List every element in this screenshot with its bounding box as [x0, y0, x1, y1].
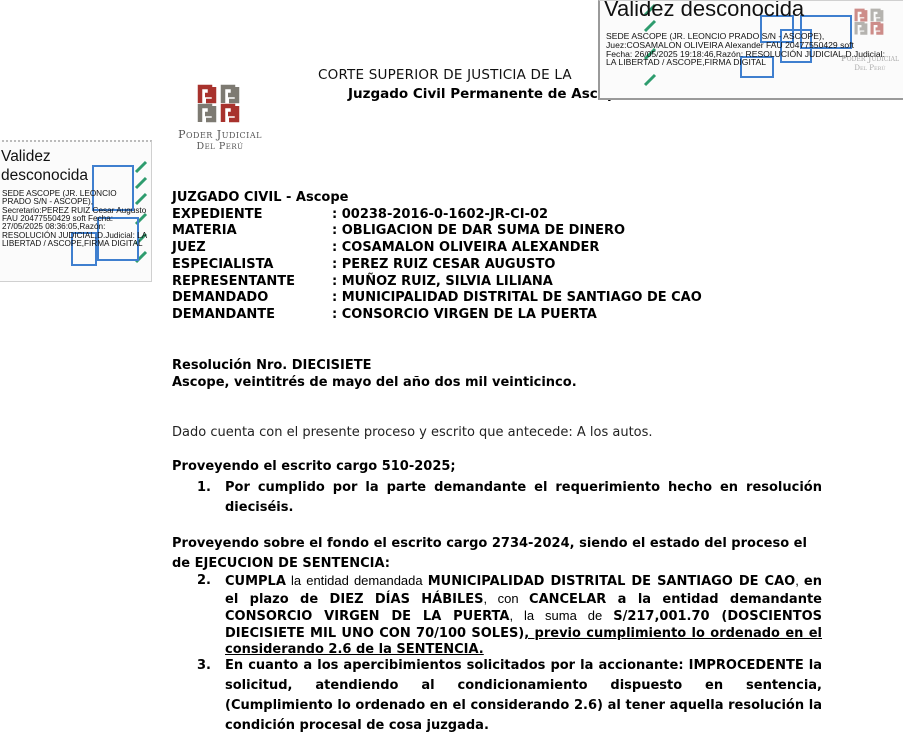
- item-text: CUMPLA la entidad demandada MUNICIPALIDA…: [225, 573, 822, 659]
- field-label: REPRESENTANTE: [172, 274, 332, 291]
- validity-status: Validez desconocida: [604, 0, 804, 20]
- item-number: 3.: [197, 656, 211, 676]
- case-row-juez: JUEZ : COSAMALON OLIVEIRA ALEXANDER: [172, 240, 702, 257]
- item-text: Por cumplido por la parte demandante el …: [225, 478, 822, 518]
- pj-emblem-icon: [854, 7, 886, 37]
- case-row-materia: MATERIA : OBLIGACION DE DAR SUMA DE DINE…: [172, 223, 702, 240]
- text-run: ,: [795, 573, 804, 588]
- list-item-1: 1. Por cumplido por la parte demandante …: [197, 478, 822, 518]
- field-value: : MUNICIPALIDAD DISTRITAL DE SANTIAGO DE…: [332, 290, 702, 307]
- field-value: : 00238-2016-0-1602-JR-CI-02: [332, 207, 548, 224]
- item-number: 1.: [197, 478, 211, 498]
- digital-signature-stamp-judge[interactable]: Validez desconocida SEDE ASCOPE (JR. LEO…: [598, 0, 903, 100]
- field-label: DEMANDANTE: [172, 307, 332, 324]
- field-label: JUEZ: [172, 240, 332, 257]
- court-name: CORTE SUPERIOR DE JUSTICIA DE LA: [318, 67, 572, 83]
- logo-sub: Del Perú: [170, 141, 270, 152]
- poder-judicial-logo: Poder Judicial Del Perú: [170, 84, 270, 152]
- text-run: la entidad demandada: [286, 573, 428, 588]
- stamp-logo-sub: Del Perú: [839, 64, 901, 72]
- list-item-3: 3. En cuanto a los apercibimientos solic…: [197, 656, 822, 736]
- field-label: DEMANDADO: [172, 290, 332, 307]
- case-row-demandado: DEMANDADO : MUNICIPALIDAD DISTRITAL DE S…: [172, 290, 702, 307]
- resolution-heading: Resolución Nro. DIECISIETE Ascope, veint…: [172, 357, 577, 391]
- field-label: ESPECIALISTA: [172, 257, 332, 274]
- case-row-representante: REPRESENTANTE : MUÑOZ RUIZ, SILVIA LILIA…: [172, 274, 702, 291]
- pj-emblem-icon: [197, 84, 243, 124]
- court-name-text: CORTE SUPERIOR DE JUSTICIA DE LA: [318, 67, 572, 83]
- field-value: : COSAMALON OLIVEIRA ALEXANDER: [332, 240, 599, 257]
- resolution-date: Ascope, veintitrés de mayo del año dos m…: [172, 374, 577, 391]
- field-label: MATERIA: [172, 223, 332, 240]
- resolution-number: Resolución Nro. DIECISIETE: [172, 357, 577, 374]
- section-heading-1: Proveyendo el escrito cargo 510-2025;: [172, 457, 822, 477]
- field-value: : MUÑOZ RUIZ, SILVIA LILIANA: [332, 274, 553, 291]
- item-number: 2.: [197, 573, 211, 590]
- field-label: EXPEDIENTE: [172, 207, 332, 224]
- juzgado-name: Juzgado Civil Permanente de Ascope: [348, 86, 626, 102]
- case-row-expediente: EXPEDIENTE : 00238-2016-0-1602-JR-CI-02: [172, 207, 702, 224]
- list-item-2: 2. CUMPLA la entidad demandada MUNICIPAL…: [197, 573, 822, 659]
- field-value: : OBLIGACION DE DAR SUMA DE DINERO: [332, 223, 625, 240]
- field-value: : CONSORCIO VIRGEN DE LA PUERTA: [332, 307, 597, 324]
- validity-status: Validez desconocida: [1, 147, 121, 186]
- section-heading-2: Proveyendo sobre el fondo el escrito car…: [172, 534, 822, 574]
- text-run: En cuanto a los apercibimientos solicita…: [225, 658, 684, 673]
- text-run: , la suma de: [509, 608, 613, 623]
- signature-details: SEDE ASCOPE (JR. LEONCIO PRADO S/N - ASC…: [2, 190, 147, 249]
- text-run: MUNICIPALIDAD DISTRITAL DE SANTIAGO DE C…: [428, 574, 795, 589]
- case-header: JUZGADO CIVIL - Ascope EXPEDIENTE : 0023…: [172, 190, 702, 324]
- field-value: : PEREZ RUIZ CESAR AUGUSTO: [332, 257, 555, 274]
- case-title: JUZGADO CIVIL - Ascope: [172, 190, 702, 207]
- stamp-logo-name: Poder Judicial: [839, 54, 901, 64]
- text-run: CUMPLA: [225, 574, 286, 589]
- item-text: En cuanto a los apercibimientos solicita…: [225, 656, 822, 736]
- text-run: , con: [484, 591, 530, 606]
- digital-signature-stamp-secretary[interactable]: Validez desconocida SEDE ASCOPE (JR. LEO…: [0, 140, 152, 282]
- case-row-especialista: ESPECIALISTA : PEREZ RUIZ CESAR AUGUSTO: [172, 257, 702, 274]
- stamp-logo: Poder Judicial Del Perú: [839, 7, 901, 72]
- intro-paragraph: Dado cuenta con el presente proceso y es…: [172, 425, 653, 440]
- case-row-demandante: DEMANDANTE : CONSORCIO VIRGEN DE LA PUER…: [172, 307, 702, 324]
- logo-name: Poder Judicial: [170, 128, 270, 141]
